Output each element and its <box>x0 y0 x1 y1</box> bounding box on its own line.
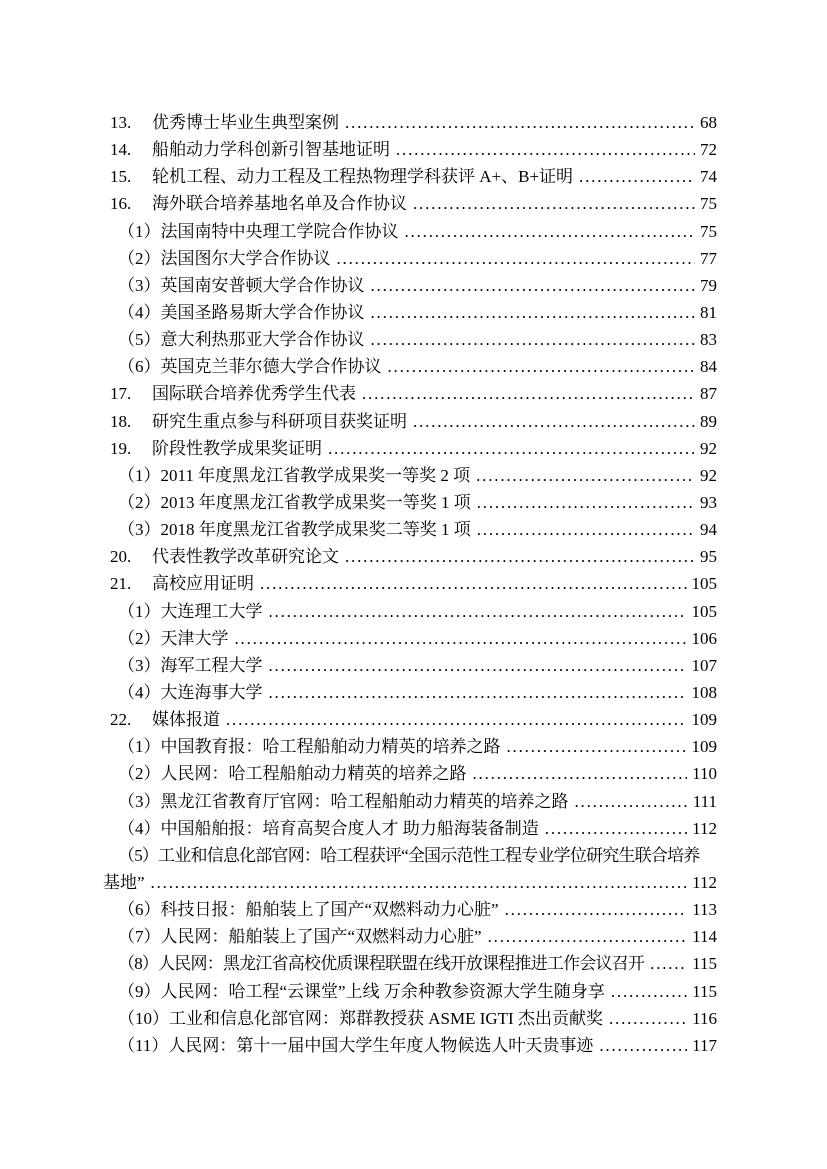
toc-entry-title: 优秀博士毕业生典型案例 <box>152 109 339 136</box>
toc-entry-title: 工业和信息化部官网：郑群教授获 ASME IGTI 杰出贡献奖 <box>169 1005 603 1032</box>
dot-leader: ........................................… <box>575 788 688 815</box>
toc-entry[interactable]: （1）大连理工大学...............................… <box>103 598 717 625</box>
toc-entry-title: 黑龙江省教育厅官网：哈工程船舶动力精英的培养之路 <box>161 788 569 815</box>
toc-entry-number: 22. <box>110 706 152 733</box>
toc-entry[interactable]: （1）中国教育报：哈工程船舶动力精英的培养之路.................… <box>103 733 717 760</box>
dot-leader: ........................................… <box>505 896 688 923</box>
toc-entry-page: 95 <box>700 543 717 570</box>
toc-entry-page: 84 <box>700 353 717 380</box>
dot-leader: ........................................… <box>260 570 687 597</box>
dot-leader: ........................................… <box>413 190 695 217</box>
dot-leader: ........................................… <box>388 353 696 380</box>
toc-entry-page: 77 <box>700 245 717 272</box>
dot-leader: ........................................… <box>371 299 696 326</box>
toc-entry[interactable]: 21.高校应用证明...............................… <box>103 570 717 597</box>
toc-entry[interactable]: （6）科技日报：船舶装上了国产“双燃料动力心脏”................… <box>103 896 717 923</box>
toc-entry-title: 美国圣路易斯大学合作协议 <box>161 299 365 326</box>
toc-entry-page: 117 <box>692 1032 717 1059</box>
toc-entry[interactable]: 15.轮机工程、动力工程及工程热物理学科获评 A+、B+证明..........… <box>103 163 717 190</box>
toc-entry-page: 107 <box>692 652 718 679</box>
toc-entry[interactable]: （2）法国图尔大学合作协议...........................… <box>103 245 717 272</box>
toc-entry-number: （10） <box>118 1005 169 1032</box>
toc-entry-number: （3） <box>118 788 161 815</box>
toc-entry-wrap-line1[interactable]: （5）工业和信息化部官网：哈工程获评“全国示范性工程专业学位研究生联合培养 <box>103 842 717 869</box>
dot-leader: ........................................… <box>362 380 695 407</box>
toc-entry[interactable]: 14.船舶动力学科创新引智基地证明.......................… <box>103 136 717 163</box>
toc-entry-number: （11） <box>118 1032 168 1059</box>
toc-entry-number: （6） <box>118 896 161 923</box>
toc-entry[interactable]: （3）黑龙江省教育厅官网：哈工程船舶动力精英的培养之路.............… <box>103 788 717 815</box>
toc-entry[interactable]: （2）人民网：哈工程船舶动力精英的培养之路...................… <box>103 760 717 787</box>
dot-leader: ........................................… <box>345 543 695 570</box>
toc-entry-title: 船舶动力学科创新引智基地证明 <box>152 136 390 163</box>
toc-entry-title: 法国图尔大学合作协议 <box>161 245 331 272</box>
toc-entry[interactable]: （8）人民网：黑龙江省高校优质课程联盟在线开放课程推进工作会议召开.......… <box>103 950 717 977</box>
dot-leader: ........................................… <box>235 625 687 652</box>
toc-entry-title: 代表性教学改革研究论文 <box>152 543 339 570</box>
toc-entry-page: 113 <box>692 896 717 923</box>
toc-entry[interactable]: 16.海外联合培养基地名单及合作协议......................… <box>103 190 717 217</box>
toc-entry[interactable]: （9）人民网：哈工程“云课堂”上线 万余种教参资源大学生随身享.........… <box>103 978 717 1005</box>
toc-entry[interactable]: （4）美国圣路易斯大学合作协议.........................… <box>103 299 717 326</box>
toc-entry-title: 人民网：船舶装上了国产“双燃料动力心脏” <box>161 923 482 950</box>
toc-entry-page: 75 <box>700 218 717 245</box>
toc-entry-title: 英国克兰菲尔德大学合作协议 <box>161 353 382 380</box>
document-page: 13.优秀博士毕业生典型案例..........................… <box>0 0 827 1169</box>
dot-leader: ........................................… <box>599 1032 687 1059</box>
toc-entry[interactable]: （1）2011 年度黑龙江省教学成果奖一等奖 2 项..............… <box>103 462 717 489</box>
toc-entry-title: 人民网：第十一届中国大学生年度人物候选人叶天贵事迹 <box>168 1032 593 1059</box>
toc-entry-title: 大连理工大学 <box>161 598 263 625</box>
dot-leader: ........................................… <box>579 163 695 190</box>
dot-leader: ........................................… <box>405 218 696 245</box>
toc-entry-number: 15. <box>110 163 152 190</box>
dot-leader: ........................................… <box>345 109 695 136</box>
toc-entry-number: 18. <box>110 408 152 435</box>
dot-leader: ........................................… <box>371 272 696 299</box>
toc-entry[interactable]: （4）中国船舶报：培育高契合度人才 助力船海装备制造..............… <box>103 815 717 842</box>
toc-entry[interactable]: （2）天津大学.................................… <box>103 625 717 652</box>
toc-entry-page: 109 <box>692 733 718 760</box>
toc-entry-title: 人民网：哈工程“云课堂”上线 万余种教参资源大学生随身享 <box>161 978 605 1005</box>
toc-entry-title: 中国船舶报：培育高契合度人才 助力船海装备制造 <box>161 815 539 842</box>
toc-entry-page: 115 <box>692 978 717 1005</box>
toc-entry-title: 研究生重点参与科研项目获奖证明 <box>152 408 407 435</box>
toc-entry-number: （4） <box>118 299 161 326</box>
toc-entry-page: 112 <box>692 815 717 842</box>
dot-leader: ........................................… <box>269 598 687 625</box>
toc-entry-title: 工业和信息化部官网：哈工程获评“全国示范性工程专业学位研究生联合培养 <box>158 842 699 869</box>
toc-entry-title: 人民网：哈工程船舶动力精英的培养之路 <box>161 760 467 787</box>
dot-leader: ........................................… <box>609 1005 687 1032</box>
toc-entry-number: （2） <box>118 245 161 272</box>
toc-entry-title: 天津大学 <box>161 625 229 652</box>
toc-entry-title: 大连海事大学 <box>161 679 263 706</box>
toc-entry-page: 109 <box>692 706 718 733</box>
dot-leader: ........................................… <box>477 516 695 543</box>
toc-entry-number: 14. <box>110 136 152 163</box>
dot-leader: ........................................… <box>507 733 687 760</box>
toc-entry[interactable]: 18.研究生重点参与科研项目获奖证明......................… <box>103 408 717 435</box>
toc-entry[interactable]: （3）2018 年度黑龙江省教学成果奖二等奖 1 项..............… <box>103 516 717 543</box>
toc-entry[interactable]: （3）海军工程大学...............................… <box>103 652 717 679</box>
toc-entry-number: （4） <box>118 679 161 706</box>
toc-entry-page: 111 <box>693 788 717 815</box>
toc-entry-page: 116 <box>692 1005 717 1032</box>
toc-entry-title-continuation: 基地” <box>103 869 145 896</box>
toc-entry-title: 国际联合培养优秀学生代表 <box>152 380 356 407</box>
toc-entry-number: 17. <box>110 380 152 407</box>
toc-entry-number: 21. <box>110 570 152 597</box>
toc-entry[interactable]: 19.阶段性教学成果奖证明...........................… <box>103 435 717 462</box>
toc-entry[interactable]: 22.媒体报道.................................… <box>103 706 717 733</box>
toc-entry-page: 89 <box>700 408 717 435</box>
dot-leader: ........................................… <box>226 706 687 733</box>
dot-leader: ........................................… <box>650 950 687 977</box>
toc-entry-title: 2011 年度黑龙江省教学成果奖一等奖 2 项 <box>161 462 471 489</box>
toc-entry-page: 83 <box>700 326 717 353</box>
dot-leader: ........................................… <box>337 245 696 272</box>
toc-entry-page: 72 <box>700 136 717 163</box>
toc-entry[interactable]: （5）意大利热那亚大学合作协议.........................… <box>103 326 717 353</box>
dot-leader: ........................................… <box>371 326 696 353</box>
toc-entry-page: 81 <box>700 299 717 326</box>
table-of-contents: 13.优秀博士毕业生典型案例..........................… <box>103 109 717 1059</box>
toc-entry-page: 94 <box>700 516 717 543</box>
dot-leader: ........................................… <box>473 760 688 787</box>
toc-entry-title: 英国南安普顿大学合作协议 <box>161 272 365 299</box>
toc-entry-title: 海外联合培养基地名单及合作协议 <box>152 190 407 217</box>
toc-entry[interactable]: （11）人民网：第十一届中国大学生年度人物候选人叶天贵事迹...........… <box>103 1032 717 1059</box>
toc-entry-number: （3） <box>118 652 161 679</box>
toc-entry-number: 16. <box>110 190 152 217</box>
toc-entry-page: 105 <box>692 598 718 625</box>
toc-entry-page: 92 <box>700 435 717 462</box>
toc-entry-number: （1） <box>118 598 161 625</box>
toc-entry[interactable]: （7）人民网：船舶装上了国产“双燃料动力心脏”.................… <box>103 923 717 950</box>
toc-entry-page: 87 <box>700 380 717 407</box>
toc-entry-title: 高校应用证明 <box>152 570 254 597</box>
toc-entry-page: 75 <box>700 190 717 217</box>
toc-entry-page: 92 <box>700 462 717 489</box>
toc-entry[interactable]: （3）英国南安普顿大学合作协议.........................… <box>103 272 717 299</box>
toc-entry[interactable]: （1）法国南特中央理工学院合作协议.......................… <box>103 218 717 245</box>
toc-entry-number: （6） <box>118 353 161 380</box>
toc-entry-number: （3） <box>118 516 161 543</box>
toc-entry[interactable]: （10）工业和信息化部官网：郑群教授获 ASME IGTI 杰出贡献奖.....… <box>103 1005 717 1032</box>
toc-entry[interactable]: 17.国际联合培养优秀学生代表.........................… <box>103 380 717 407</box>
dot-leader: ........................................… <box>396 136 695 163</box>
dot-leader: ........................................… <box>476 462 695 489</box>
toc-entry-page: 108 <box>692 679 718 706</box>
toc-entry-page: 93 <box>700 489 717 516</box>
toc-entry-number: （5） <box>118 326 161 353</box>
toc-entry-title: 法国南特中央理工学院合作协议 <box>161 218 399 245</box>
toc-entry-page: 115 <box>692 950 717 977</box>
toc-entry-number: 20. <box>110 543 152 570</box>
toc-entry-number: （2） <box>118 760 161 787</box>
toc-entry-number: 13. <box>110 109 152 136</box>
toc-entry-title: 2018 年度黑龙江省教学成果奖二等奖 1 项 <box>161 516 471 543</box>
dot-leader: ........................................… <box>269 679 687 706</box>
toc-entry-number: （2） <box>118 625 161 652</box>
toc-entry-number: （7） <box>118 923 161 950</box>
dot-leader: ........................................… <box>328 435 695 462</box>
toc-entry-title: 中国教育报：哈工程船舶动力精英的培养之路 <box>161 733 501 760</box>
toc-entry-page: 105 <box>692 570 718 597</box>
toc-entry-page: 79 <box>700 272 717 299</box>
toc-entry-number: （2） <box>118 489 161 516</box>
toc-entry-number: （8） <box>118 950 158 977</box>
toc-entry-title: 阶段性教学成果奖证明 <box>152 435 322 462</box>
toc-entry[interactable]: （4）大连海事大学...............................… <box>103 679 717 706</box>
toc-entry[interactable]: （2）2013 年度黑龙江省教学成果奖一等奖 1 项..............… <box>103 489 717 516</box>
dot-leader: ........................................… <box>488 923 688 950</box>
dot-leader: ........................................… <box>151 869 688 896</box>
toc-entry[interactable]: 13.优秀博士毕业生典型案例..........................… <box>103 109 717 136</box>
toc-entry-number: （9） <box>118 978 161 1005</box>
dot-leader: ........................................… <box>269 652 687 679</box>
toc-entry-title: 科技日报：船舶装上了国产“双燃料动力心脏” <box>161 896 499 923</box>
toc-entry-number: （3） <box>118 272 161 299</box>
toc-entry-number: （1） <box>118 462 161 489</box>
toc-entry-page: 74 <box>700 163 717 190</box>
dot-leader: ........................................… <box>611 978 687 1005</box>
toc-entry-page: 110 <box>692 760 717 787</box>
toc-entry-number: （4） <box>118 815 161 842</box>
toc-entry-number: （1） <box>118 733 161 760</box>
toc-entry-title: 媒体报道 <box>152 706 220 733</box>
toc-entry-title: 2013 年度黑龙江省教学成果奖一等奖 1 项 <box>161 489 471 516</box>
toc-entry-number: （1） <box>118 218 161 245</box>
toc-entry-title: 海军工程大学 <box>161 652 263 679</box>
toc-entry-page: 68 <box>700 109 717 136</box>
toc-entry-wrap-line2[interactable]: 基地”.....................................… <box>103 869 717 896</box>
dot-leader: ........................................… <box>477 489 695 516</box>
toc-entry-number: 19. <box>110 435 152 462</box>
toc-entry-page: 112 <box>692 869 717 896</box>
toc-entry-page: 106 <box>692 625 718 652</box>
dot-leader: ........................................… <box>545 815 687 842</box>
dot-leader: ........................................… <box>413 408 695 435</box>
toc-entry-page: 114 <box>692 923 717 950</box>
toc-entry-title: 轮机工程、动力工程及工程热物理学科获评 A+、B+证明 <box>152 163 573 190</box>
toc-entry[interactable]: （6）英国克兰菲尔德大学合作协议........................… <box>103 353 717 380</box>
toc-entry-number: （5） <box>118 842 158 869</box>
toc-entry[interactable]: 20.代表性教学改革研究论文..........................… <box>103 543 717 570</box>
toc-entry-title: 人民网：黑龙江省高校优质课程联盟在线开放课程推进工作会议召开 <box>158 950 644 977</box>
toc-entry-title: 意大利热那亚大学合作协议 <box>161 326 365 353</box>
